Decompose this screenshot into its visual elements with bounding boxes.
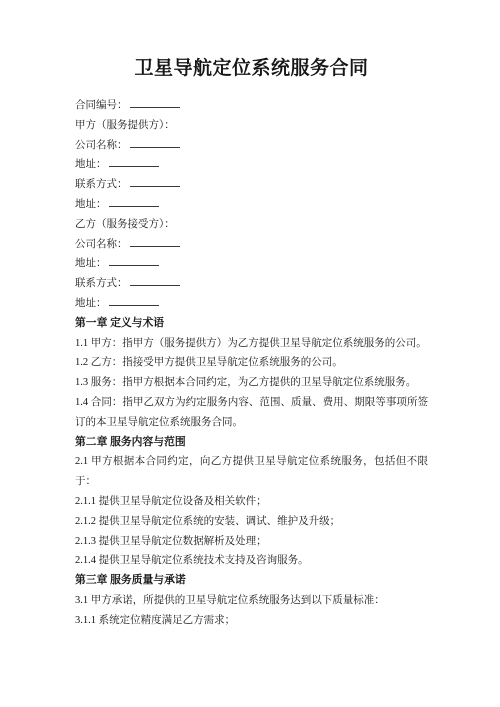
clause-paragraph: 1.3 服务：指甲方根据本合同约定，为乙方提供的卫星导航定位系统服务。 — [75, 373, 428, 393]
clause-paragraph: 2.1.2 提供卫星导航定位系统的安装、调试、维护及升级； — [75, 512, 428, 532]
fill-in-blank-line — [109, 255, 159, 266]
field-label: 地址： — [75, 298, 107, 309]
contract-body: 第一章 定义与术语1.1 甲方：指甲方（服务提供方）为乙方提供卫星导航定位系统服… — [75, 314, 428, 631]
clause-paragraph: 2.1.1 提供卫星导航定位设备及相关软件； — [75, 492, 428, 512]
field-label: 联系方式： — [75, 179, 128, 190]
clause-paragraph: 1.2 乙方：指接受甲方提供卫星导航定位系统服务的公司。 — [75, 353, 428, 373]
chapter-heading: 第二章 服务内容与范围 — [75, 433, 428, 453]
field-row: 地址： — [75, 254, 428, 274]
clause-paragraph: 2.1 甲方根据本合同约定，向乙方提供卫星导航定位系统服务，包括但不限于： — [75, 452, 428, 492]
fill-in-blank-line — [109, 196, 159, 207]
field-label: 公司名称： — [75, 239, 128, 250]
field-row: 地址： — [75, 195, 428, 215]
field-label: 甲方（服务提供方）： — [75, 120, 175, 131]
fill-in-blank-line — [130, 236, 180, 247]
fill-in-blank-line — [130, 137, 180, 148]
contract-document-page: 卫星导航定位系统服务合同 合同编号：甲方（服务提供方）：公司名称：地址：联系方式… — [0, 0, 500, 707]
clause-paragraph: 3.1 甲方承诺，所提供的卫星导航定位系统服务达到以下质量标准： — [75, 591, 428, 611]
fill-in-blank-line — [109, 156, 159, 167]
fill-in-blank-line — [130, 275, 180, 286]
chapter-heading: 第一章 定义与术语 — [75, 314, 428, 334]
field-row: 地址： — [75, 294, 428, 314]
field-label: 联系方式： — [75, 278, 128, 289]
party-info-block: 合同编号：甲方（服务提供方）：公司名称：地址：联系方式：地址：乙方（服务接受方）… — [75, 96, 428, 314]
clause-paragraph: 1.1 甲方：指甲方（服务提供方）为乙方提供卫星导航定位系统服务的公司。 — [75, 334, 428, 354]
field-row: 联系方式： — [75, 274, 428, 294]
field-row: 合同编号： — [75, 96, 428, 116]
clause-paragraph: 3.1.1 系统定位精度满足乙方需求； — [75, 611, 428, 631]
clause-paragraph: 2.1.4 提供卫星导航定位系统技术支持及咨询服务。 — [75, 551, 428, 571]
fill-in-blank-line — [109, 295, 159, 306]
field-row: 公司名称： — [75, 136, 428, 156]
clause-paragraph: 1.4 合同：指甲乙双方为约定服务内容、范围、质量、费用、期限等事项所签订的本卫… — [75, 393, 428, 433]
field-row: 公司名称： — [75, 235, 428, 255]
field-label: 公司名称： — [75, 140, 128, 151]
field-label: 乙方（服务接受方）： — [75, 219, 175, 230]
field-label: 地址： — [75, 199, 107, 210]
clause-paragraph: 2.1.3 提供卫星导航定位数据解析及处理； — [75, 532, 428, 552]
field-row: 联系方式： — [75, 175, 428, 195]
chapter-heading: 第三章 服务质量与承诺 — [75, 571, 428, 591]
field-label: 地址： — [75, 159, 107, 170]
fill-in-blank-line — [130, 97, 180, 108]
field-label: 合同编号： — [75, 100, 128, 111]
field-row: 地址： — [75, 155, 428, 175]
field-label: 地址： — [75, 258, 107, 269]
document-title: 卫星导航定位系统服务合同 — [75, 57, 428, 81]
fill-in-blank-line — [130, 176, 180, 187]
field-row: 甲方（服务提供方）： — [75, 116, 428, 136]
field-row: 乙方（服务接受方）： — [75, 215, 428, 235]
